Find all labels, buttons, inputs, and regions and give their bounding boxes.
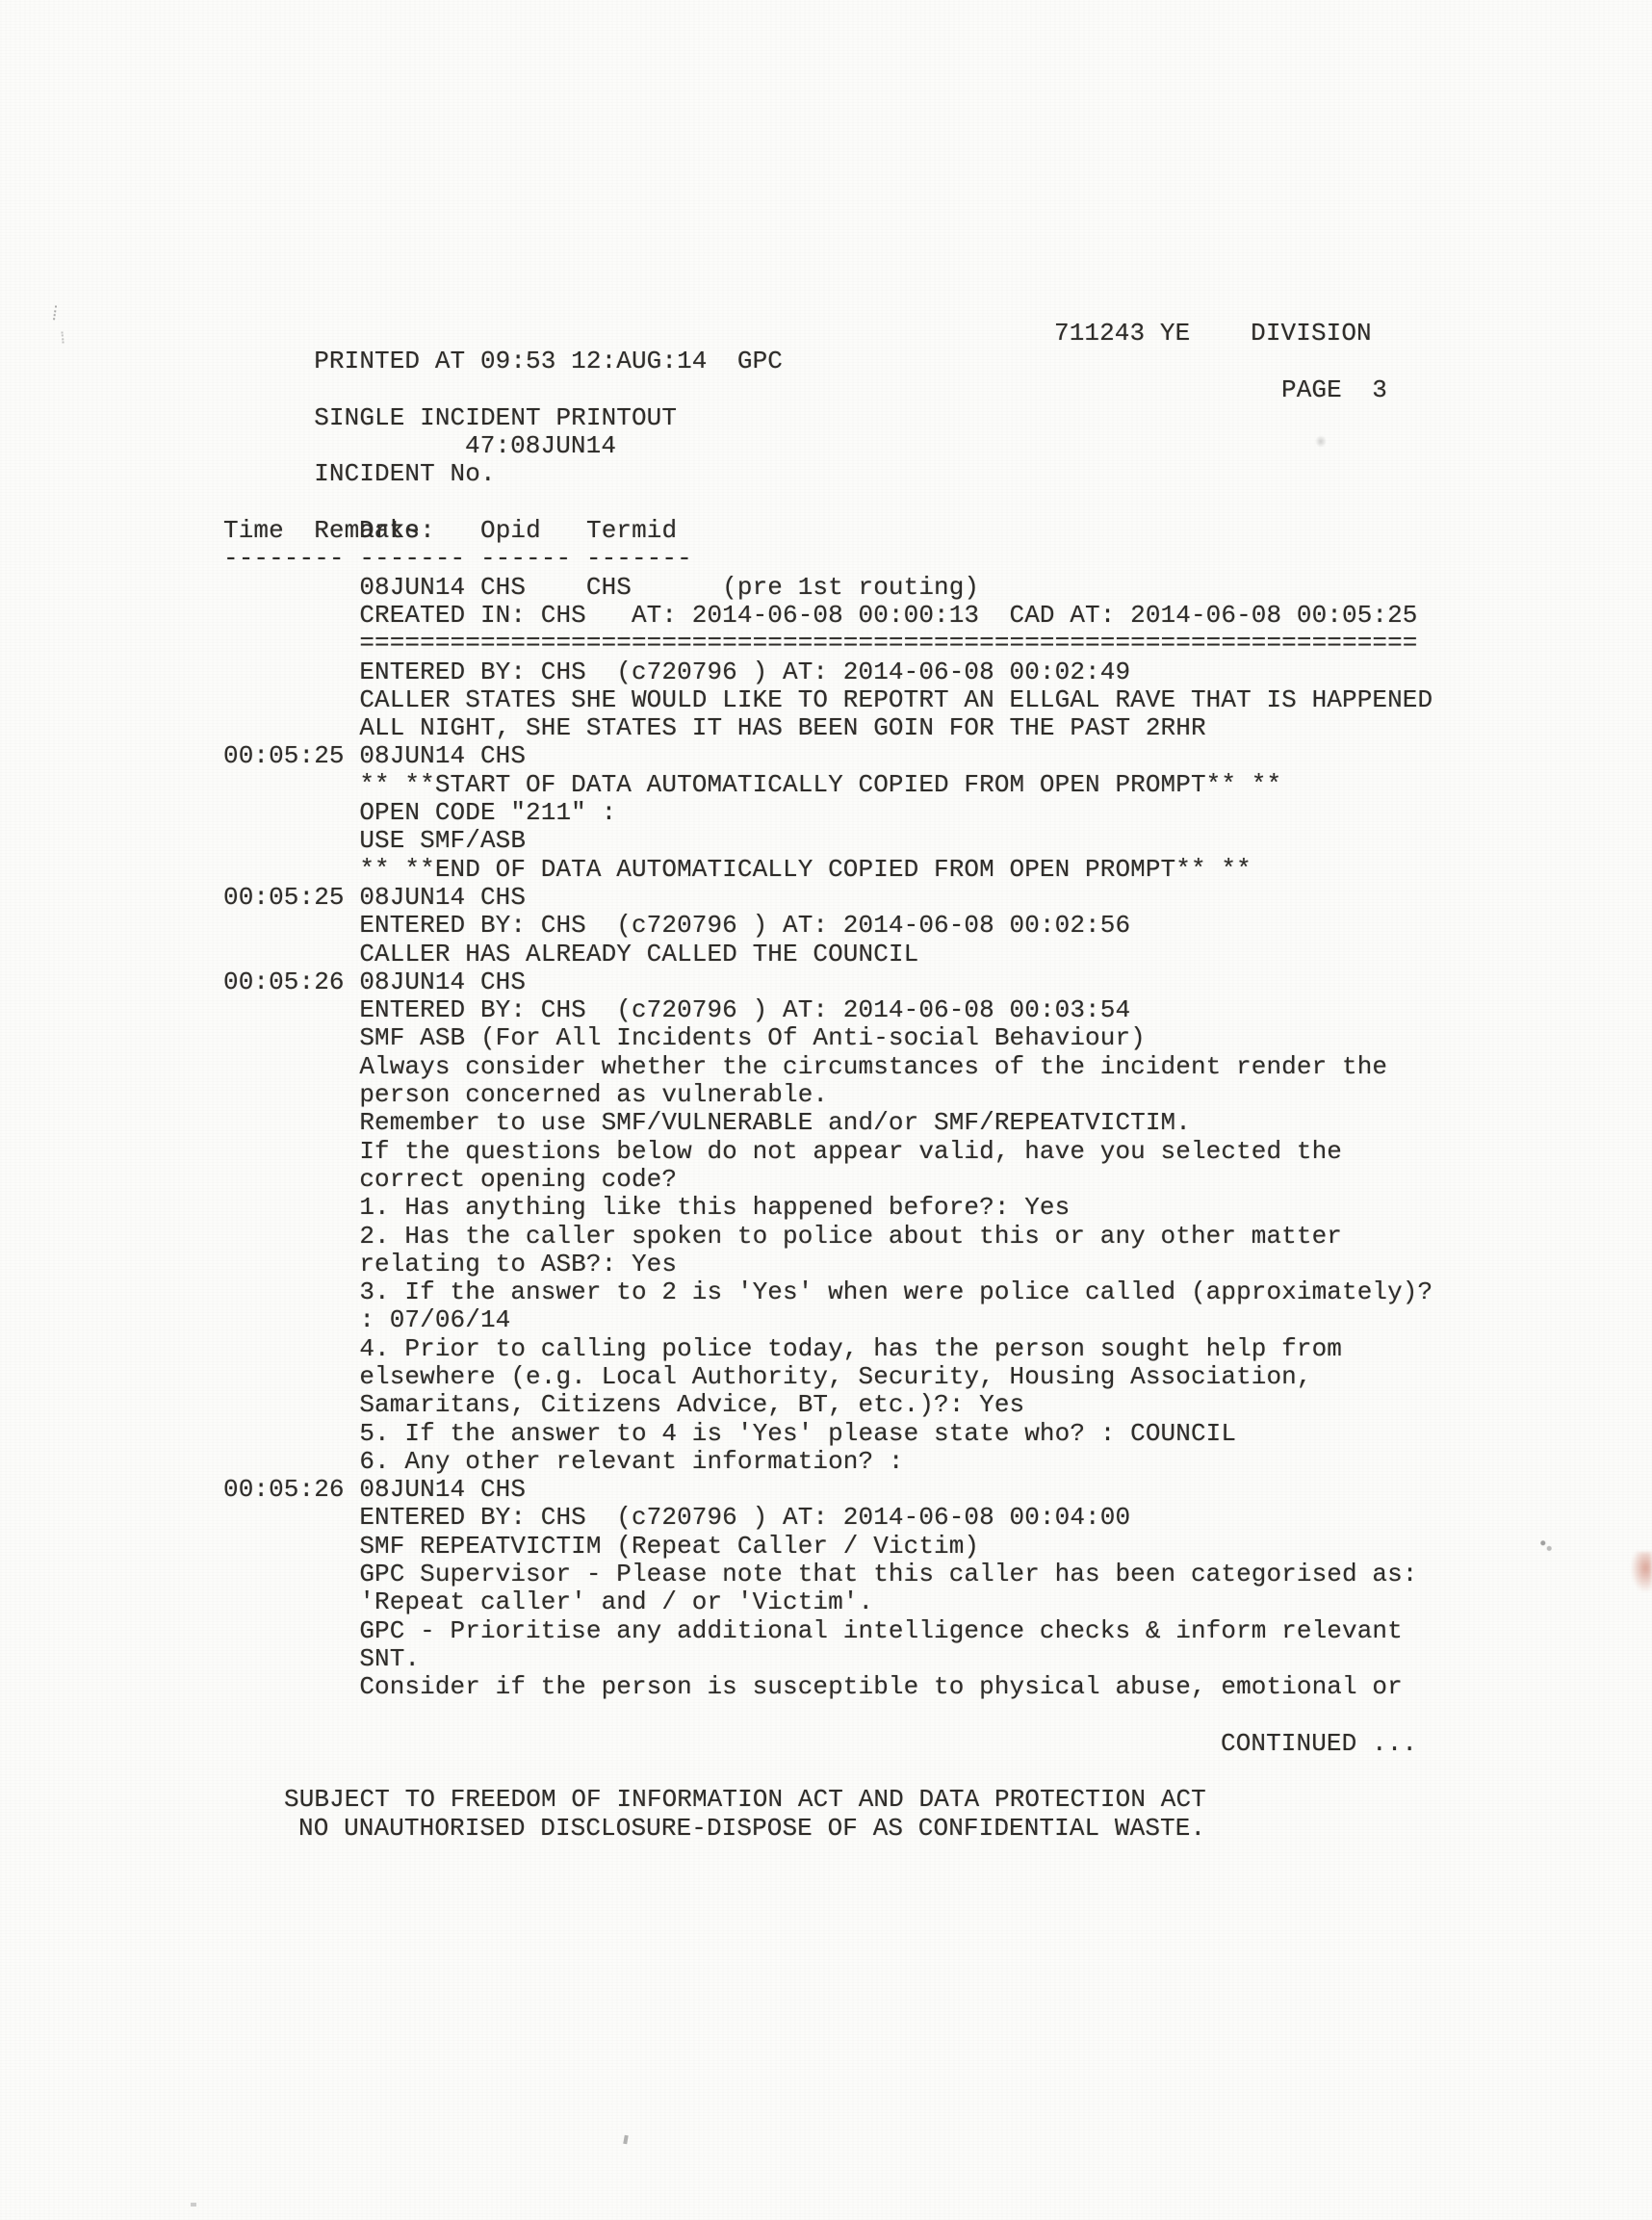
- remark-line: 4. Prior to calling police today, has th…: [223, 1335, 1504, 1363]
- foi-notice-line-2: NO UNAUTHORISED DISCLOSURE-DISPOSE OF AS…: [298, 1815, 1205, 1843]
- remark-line: : 07/06/14: [223, 1306, 1504, 1334]
- column-header-termid: Termid: [586, 517, 677, 545]
- scan-artifact-speck: [191, 2203, 196, 2207]
- remark-line: SNT.: [223, 1645, 1504, 1673]
- blank-row: [223, 404, 1504, 432]
- incident-number-row: INCIDENT No. 47:08JUN14: [223, 432, 1504, 460]
- column-header-date: Date: [359, 517, 420, 545]
- title-row: SINGLE INCIDENT PRINTOUT PAGE 3: [223, 376, 1504, 404]
- division-reference: 711243 YE DIVISION: [1054, 320, 1372, 348]
- continued-row: CONTINUED ...: [223, 1730, 1504, 1758]
- remark-line: 6. Any other relevant information? :: [223, 1448, 1504, 1476]
- remark-line: ENTERED BY: CHS (c720796 ) AT: 2014-06-0…: [223, 996, 1504, 1024]
- remark-line: 1. Has anything like this happened befor…: [223, 1194, 1504, 1222]
- remark-line: 'Repeat caller' and / or 'Victim'.: [223, 1588, 1504, 1616]
- column-header-opid: Opid: [480, 517, 541, 545]
- remark-line: GPC - Prioritise any additional intellig…: [223, 1617, 1504, 1645]
- remark-line: ENTERED BY: CHS (c720796 ) AT: 2014-06-0…: [223, 912, 1504, 940]
- scan-artifact-specks: [1538, 1538, 1554, 1554]
- scan-artifact-red-smudge: [1631, 1552, 1652, 1592]
- scan-artifact-margin-mark: [61, 331, 71, 344]
- remark-line: CALLER STATES SHE WOULD LIKE TO REPOTRT …: [223, 686, 1504, 714]
- printed-at-row: PRINTED AT 09:53 12:AUG:14 GPC 711243 YE…: [223, 320, 1504, 348]
- foi-notice-row-2: NO UNAUTHORISED DISCLOSURE-DISPOSE OF AS…: [223, 1815, 1504, 1843]
- remark-line: 00:05:26 08JUN14 CHS: [223, 968, 1504, 996]
- column-underline-row: -------- ------- ------ -------: [223, 545, 1504, 573]
- remarks-column-header-row: Time Date Opid Termid: [223, 517, 1504, 545]
- remark-line: 2. Has the caller spoken to police about…: [223, 1223, 1504, 1251]
- scanned-incident-printout-page: PRINTED AT 09:53 12:AUG:14 GPC 711243 YE…: [0, 0, 1652, 2220]
- remark-line: ** **END OF DATA AUTOMATICALLY COPIED FR…: [223, 856, 1504, 884]
- remark-line: Samaritans, Citizens Advice, BT, etc.)?:…: [223, 1391, 1504, 1419]
- remark-line: ENTERED BY: CHS (c720796 ) AT: 2014-06-0…: [223, 1504, 1504, 1532]
- remark-line: CREATED IN: CHS AT: 2014-06-08 00:00:13 …: [223, 602, 1504, 630]
- blank-row: [223, 460, 1504, 488]
- remark-line: GPC Supervisor - Please note that this c…: [223, 1561, 1504, 1588]
- remark-line: correct opening code?: [223, 1166, 1504, 1194]
- remark-line: person concerned as vulnerable.: [223, 1081, 1504, 1109]
- printout-text: PRINTED AT 09:53 12:AUG:14 GPC 711243 YE…: [223, 320, 1504, 1843]
- blank-row: [223, 1702, 1504, 1730]
- remark-line: relating to ASB?: Yes: [223, 1251, 1504, 1278]
- remark-line: OPEN CODE "211" :: [223, 799, 1504, 827]
- page-number: PAGE 3: [1281, 376, 1387, 404]
- remark-line: 08JUN14 CHS CHS (pre 1st routing): [223, 574, 1504, 602]
- remark-line: elsewhere (e.g. Local Authority, Securit…: [223, 1363, 1504, 1391]
- remark-line: 00:05:26 08JUN14 CHS: [223, 1476, 1504, 1504]
- remark-line: ** **START OF DATA AUTOMATICALLY COPIED …: [223, 771, 1504, 799]
- remarks-label-row: Remarks:: [223, 489, 1504, 517]
- remark-line: ALL NIGHT, SHE STATES IT HAS BEEN GOIN F…: [223, 714, 1504, 742]
- remark-line: SMF REPEATVICTIM (Repeat Caller / Victim…: [223, 1533, 1504, 1561]
- remark-line: Consider if the person is susceptible to…: [223, 1673, 1504, 1701]
- scan-artifact-speck: [623, 2135, 629, 2145]
- remark-line: If the questions below do not appear val…: [223, 1138, 1504, 1166]
- remark-line: 00:05:25 08JUN14 CHS: [223, 884, 1504, 912]
- remark-line: SMF ASB (For All Incidents Of Anti-socia…: [223, 1024, 1504, 1052]
- remark-line: USE SMF/ASB: [223, 827, 1504, 855]
- remark-line: 00:05:25 08JUN14 CHS: [223, 742, 1504, 770]
- remark-line: 3. If the answer to 2 is 'Yes' when were…: [223, 1278, 1504, 1306]
- column-header-time: Time: [223, 517, 284, 545]
- remark-line: 5. If the answer to 4 is 'Yes' please st…: [223, 1420, 1504, 1448]
- remark-line: CALLER HAS ALREADY CALLED THE COUNCIL: [223, 941, 1504, 968]
- continued-marker: CONTINUED ...: [1221, 1730, 1417, 1758]
- scan-artifact-margin-mark: [53, 305, 66, 322]
- remark-line: Always consider whether the circumstance…: [223, 1053, 1504, 1081]
- foi-notice-line-1: SUBJECT TO FREEDOM OF INFORMATION ACT AN…: [284, 1786, 1206, 1814]
- remark-line: Remember to use SMF/VULNERABLE and/or SM…: [223, 1109, 1504, 1137]
- remarks-log: 08JUN14 CHS CHS (pre 1st routing) CREATE…: [223, 574, 1504, 1702]
- blank-row: [223, 1758, 1504, 1786]
- remark-line: ENTERED BY: CHS (c720796 ) AT: 2014-06-0…: [223, 658, 1504, 686]
- blank-row: [223, 348, 1504, 375]
- foi-notice-row-1: SUBJECT TO FREEDOM OF INFORMATION ACT AN…: [223, 1786, 1504, 1814]
- incident-number-value: 47:08JUN14: [465, 432, 616, 460]
- remark-line: ========================================…: [223, 630, 1504, 658]
